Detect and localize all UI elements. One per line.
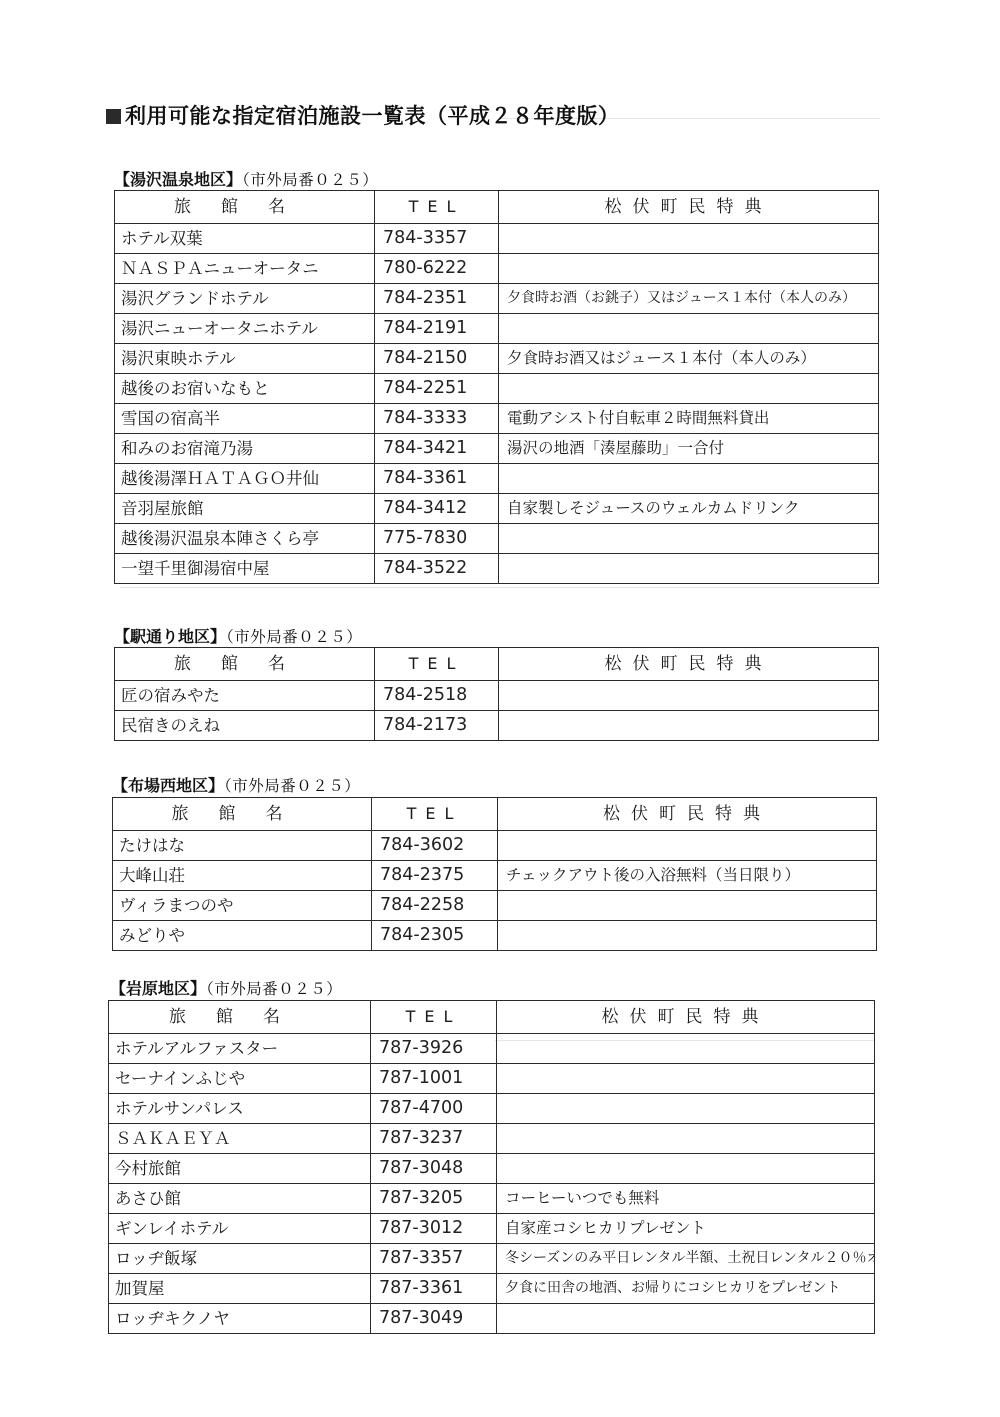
inn-tel: 787-3357	[371, 1244, 497, 1274]
inn-perk	[499, 524, 879, 554]
column-header-perk: 松伏町民特典	[498, 798, 877, 831]
table-row: ホテル双葉784-3357	[115, 224, 879, 254]
inn-tel: 787-3361	[371, 1274, 497, 1304]
inn-perk: 自家製しそジュースのウェルカムドリンク	[499, 494, 879, 524]
inn-name: ヴィラまつのや	[113, 891, 372, 921]
inn-perk: 夕食時お酒（お銚子）又はジュース１本付（本人のみ）	[499, 284, 879, 314]
area-code: （市外局番０２５）	[242, 171, 378, 189]
inn-tel: 784-3357	[375, 224, 499, 254]
table-row: 湯沢ニューオータニホテル784-2191	[115, 314, 879, 344]
inn-perk: 電動アシスト付自転車２時間無料貸出	[499, 404, 879, 434]
inn-tel: 784-3602	[372, 831, 498, 861]
inn-name: 雪国の宿高半	[115, 404, 375, 434]
inn-name: 加賀屋	[109, 1274, 371, 1304]
table-row: 一望千里御湯宿中屋784-3522	[115, 554, 879, 584]
table-row: ギンレイホテル787-3012自家産コシヒカリプレゼント	[109, 1214, 875, 1244]
inn-tel: 787-3926	[371, 1034, 497, 1064]
inn-perk: 冬シーズンのみ平日レンタル半額、土祝日レンタル２０％オフ	[497, 1244, 875, 1274]
inn-name: ホテルアルファスター	[109, 1034, 371, 1064]
inn-tel: 775-7830	[375, 524, 499, 554]
area-name: 【布場西地区】	[112, 776, 224, 795]
table-row: あさひ館787-3205コーヒーいつでも無料	[109, 1184, 875, 1214]
column-header-perk: 松伏町民特典	[499, 648, 879, 681]
table-row: ホテルサンパレス787-4700	[109, 1094, 875, 1124]
inn-name: 湯沢グランドホテル	[115, 284, 375, 314]
inn-perk	[497, 1124, 875, 1154]
table-header-row: 旅館名 TEL 松伏町民特典	[113, 798, 877, 831]
inn-perk	[499, 711, 879, 741]
inn-perk	[497, 1304, 875, 1334]
title-square-icon	[106, 109, 121, 124]
table-row: ロッヂキクノヤ787-3049	[109, 1304, 875, 1334]
table-row: 越後のお宿いなもと784-2251	[115, 374, 879, 404]
inn-tel: 784-3412	[375, 494, 499, 524]
inn-perk	[499, 464, 879, 494]
inn-name: 匠の宿みやた	[115, 681, 375, 711]
column-header-name: 旅館名	[115, 648, 375, 681]
inn-tel: 787-3049	[371, 1304, 497, 1334]
column-header-name: 旅館名	[115, 191, 375, 224]
table-row: ロッヂ飯塚787-3357冬シーズンのみ平日レンタル半額、土祝日レンタル２０％オ…	[109, 1244, 875, 1274]
table-row: 加賀屋787-3361夕食に田舎の地酒、お帰りにコシヒカリをプレゼント	[109, 1274, 875, 1304]
table-header-row: 旅館名 TEL 松伏町民特典	[115, 648, 879, 681]
inn-tel: 784-3522	[375, 554, 499, 584]
inn-name: 湯沢東映ホテル	[115, 344, 375, 374]
inn-tel: 784-2375	[372, 861, 498, 891]
area-code: （市外局番０２５）	[224, 777, 360, 795]
table-row: 和みのお宿滝乃湯784-3421湯沢の地酒「湊屋藤助」一合付	[115, 434, 879, 464]
inn-name: あさひ館	[109, 1184, 371, 1214]
inn-name: ギンレイホテル	[109, 1214, 371, 1244]
inn-name: 越後のお宿いなもと	[115, 374, 375, 404]
page-title: 利用可能な指定宿泊施設一覧表（平成２８年度版）	[106, 100, 620, 130]
inn-perk: 夕食時お酒又はジュース１本付（本人のみ）	[499, 344, 879, 374]
inn-name: 越後湯沢温泉本陣さくら亭	[115, 524, 375, 554]
table-row: 大峰山荘784-2375チェックアウト後の入浴無料（当日限り）	[113, 861, 877, 891]
inn-tel: 784-2173	[375, 711, 499, 741]
inn-name: 越後湯澤ＨＡＴＡＧＯ井仙	[115, 464, 375, 494]
inn-perk	[498, 831, 877, 861]
inn-tel: 784-2258	[372, 891, 498, 921]
table-header-row: 旅館名 TEL 松伏町民特典	[115, 191, 879, 224]
page-title-text: 利用可能な指定宿泊施設一覧表（平成２８年度版）	[125, 103, 620, 128]
table-row: 今村旅館787-3048	[109, 1154, 875, 1184]
inn-name: 和みのお宿滝乃湯	[115, 434, 375, 464]
column-header-tel: TEL	[372, 798, 498, 831]
inn-name: 大峰山荘	[113, 861, 372, 891]
inn-perk	[497, 1034, 875, 1064]
inn-tel: 787-1001	[371, 1064, 497, 1094]
column-header-tel: TEL	[375, 648, 499, 681]
inn-tel: 784-3333	[375, 404, 499, 434]
inn-name: ロッヂキクノヤ	[109, 1304, 371, 1334]
inn-perk: 自家産コシヒカリプレゼント	[497, 1214, 875, 1244]
section-heading-iwappara: 【岩原地区】（市外局番０２５）	[110, 976, 342, 999]
table-row: 匠の宿みやた784-2518	[115, 681, 879, 711]
table-row: たけはな784-3602	[113, 831, 877, 861]
inn-table-nunoba-nishi: 旅館名 TEL 松伏町民特典 たけはな784-3602 大峰山荘784-2375…	[112, 797, 877, 951]
inn-tel: 787-4700	[371, 1094, 497, 1124]
column-header-perk: 松伏町民特典	[499, 191, 879, 224]
inn-tel: 787-3012	[371, 1214, 497, 1244]
inn-name: 今村旅館	[109, 1154, 371, 1184]
table-row: 湯沢東映ホテル784-2150夕食時お酒又はジュース１本付（本人のみ）	[115, 344, 879, 374]
inn-table-ekidori: 旅館名 TEL 松伏町民特典 匠の宿みやた784-2518 民宿きのえね784-…	[114, 647, 879, 741]
inn-name: みどりや	[113, 921, 372, 951]
inn-name: ホテル双葉	[115, 224, 375, 254]
inn-tel: 784-2150	[375, 344, 499, 374]
inn-name: ＳＡＫＡＥＹＡ	[109, 1124, 371, 1154]
column-header-name: 旅館名	[109, 1001, 371, 1034]
inn-perk	[498, 921, 877, 951]
inn-perk	[498, 891, 877, 921]
inn-tel: 787-3048	[371, 1154, 497, 1184]
inn-tel: 787-3237	[371, 1124, 497, 1154]
section-heading-yuzawa-onsen: 【湯沢温泉地区】（市外局番０２５）	[114, 167, 378, 190]
inn-tel: 784-3421	[375, 434, 499, 464]
inn-name: たけはな	[113, 831, 372, 861]
table-row: 雪国の宿高半784-3333電動アシスト付自転車２時間無料貸出	[115, 404, 879, 434]
inn-perk	[499, 681, 879, 711]
inn-name: 民宿きのえね	[115, 711, 375, 741]
inn-perk	[499, 224, 879, 254]
table-row: 越後湯沢温泉本陣さくら亭775-7830	[115, 524, 879, 554]
area-name: 【駅通り地区】	[114, 627, 226, 646]
inn-perk	[497, 1094, 875, 1124]
inn-name: ＮＡＳＰＡニューオータニ	[115, 254, 375, 284]
inn-tel: 784-2305	[372, 921, 498, 951]
inn-perk	[497, 1154, 875, 1184]
inn-perk	[499, 314, 879, 344]
inn-perk: チェックアウト後の入浴無料（当日限り）	[498, 861, 877, 891]
inn-table-iwappara: 旅館名 TEL 松伏町民特典 ホテルアルファスター787-3926 セーナインふ…	[108, 1000, 875, 1334]
inn-name: セーナインふじや	[109, 1064, 371, 1094]
inn-perk: 湯沢の地酒「湊屋藤助」一合付	[499, 434, 879, 464]
table-row: みどりや784-2305	[113, 921, 877, 951]
inn-tel: 784-2518	[375, 681, 499, 711]
area-name: 【湯沢温泉地区】	[114, 170, 242, 189]
inn-name: ホテルサンパレス	[109, 1094, 371, 1124]
inn-name: ロッヂ飯塚	[109, 1244, 371, 1274]
inn-perk	[499, 374, 879, 404]
inn-tel: 784-2191	[375, 314, 499, 344]
table-header-row: 旅館名 TEL 松伏町民特典	[109, 1001, 875, 1034]
inn-name: 湯沢ニューオータニホテル	[115, 314, 375, 344]
inn-tel: 787-3205	[371, 1184, 497, 1214]
column-header-name: 旅館名	[113, 798, 372, 831]
inn-tel: 784-2351	[375, 284, 499, 314]
area-code: （市外局番０２５）	[226, 628, 362, 646]
section-heading-nunoba-nishi: 【布場西地区】（市外局番０２５）	[112, 773, 360, 796]
table-row: ホテルアルファスター787-3926	[109, 1034, 875, 1064]
column-header-perk: 松伏町民特典	[497, 1001, 875, 1034]
area-code: （市外局番０２５）	[206, 980, 342, 998]
table-row: ＳＡＫＡＥＹＡ787-3237	[109, 1124, 875, 1154]
table-row: 民宿きのえね784-2173	[115, 711, 879, 741]
reverse-bleed-line	[120, 587, 880, 588]
table-row: ＮＡＳＰＡニューオータニ780-6222	[115, 254, 879, 284]
table-row: ヴィラまつのや784-2258	[113, 891, 877, 921]
inn-perk: コーヒーいつでも無料	[497, 1184, 875, 1214]
section-heading-ekidori: 【駅通り地区】（市外局番０２５）	[114, 624, 362, 647]
column-header-tel: TEL	[371, 1001, 497, 1034]
table-row: 越後湯澤ＨＡＴＡＧＯ井仙784-3361	[115, 464, 879, 494]
inn-perk: 夕食に田舎の地酒、お帰りにコシヒカリをプレゼント	[497, 1274, 875, 1304]
inn-name: 音羽屋旅館	[115, 494, 375, 524]
inn-name: 一望千里御湯宿中屋	[115, 554, 375, 584]
table-row: セーナインふじや787-1001	[109, 1064, 875, 1094]
inn-perk	[497, 1064, 875, 1094]
table-row: 音羽屋旅館784-3412自家製しそジュースのウェルカムドリンク	[115, 494, 879, 524]
column-header-tel: TEL	[375, 191, 499, 224]
inn-tel: 780-6222	[375, 254, 499, 284]
area-name: 【岩原地区】	[110, 979, 206, 998]
inn-perk	[499, 554, 879, 584]
inn-perk	[499, 254, 879, 284]
inn-tel: 784-3361	[375, 464, 499, 494]
inn-tel: 784-2251	[375, 374, 499, 404]
inn-table-yuzawa-onsen: 旅館名 TEL 松伏町民特典 ホテル双葉784-3357 ＮＡＳＰＡニューオータ…	[114, 190, 879, 584]
table-row: 湯沢グランドホテル784-2351夕食時お酒（お銚子）又はジュース１本付（本人の…	[115, 284, 879, 314]
